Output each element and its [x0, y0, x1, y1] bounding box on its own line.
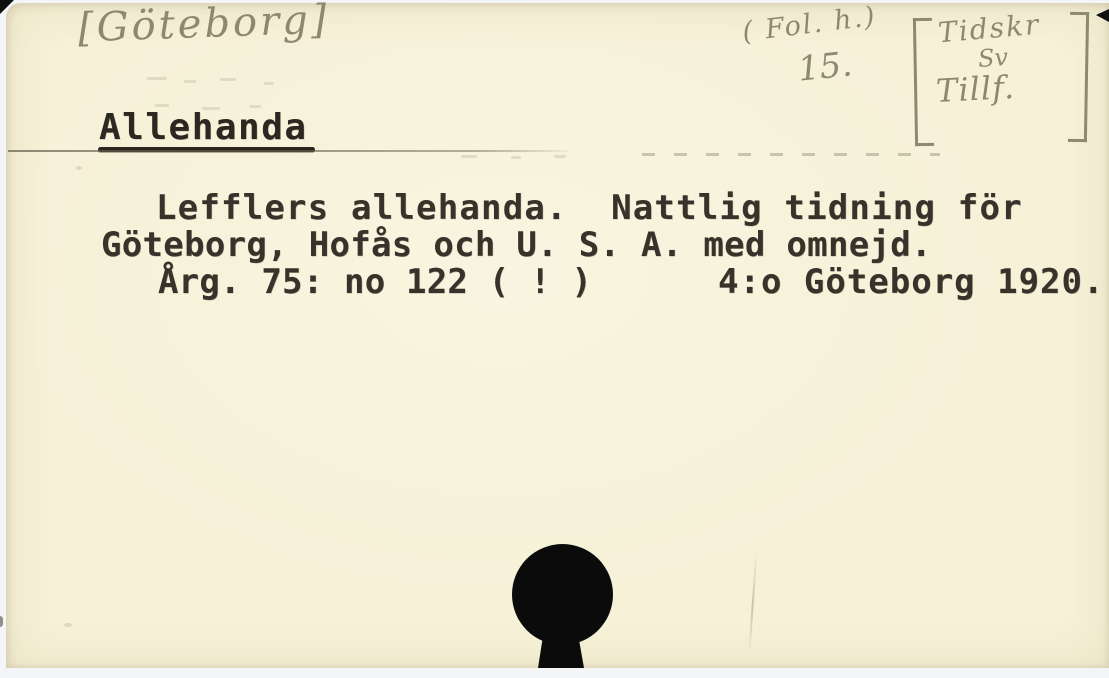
printed-rule-line [8, 150, 568, 152]
right-bracket-stroke [1068, 12, 1089, 142]
ghost-mark [184, 80, 196, 83]
handwritten-number-annotation: 15. [796, 44, 854, 89]
ghost-mark [461, 155, 477, 158]
body-line-3-volume: Årg. 75: no 122 ( ! ) [158, 262, 592, 302]
handwritten-classification-annotation: Tidskr Sv Tillf. [914, 12, 1088, 142]
ghost-mark [554, 155, 566, 158]
ghost-mark [511, 156, 521, 159]
ghost-mark [220, 78, 236, 81]
index-card: [Göteborg] ( Fol. h.) 15. Tidskr Sv Till… [6, 3, 1109, 668]
handwritten-format-annotation: ( Fol. h.) [741, 1, 879, 48]
ghost-mark [147, 77, 167, 80]
body-line-3-imprint: 4:o Göteborg 1920. [718, 262, 1104, 302]
faded-dashed-rule [642, 153, 940, 156]
classification-line: Tidskr [937, 8, 1042, 50]
left-bracket-stroke [913, 18, 934, 146]
body-line-2: Göteborg, Hofås och U. S. A. med omnejd. [101, 225, 932, 265]
card-crease [749, 553, 758, 648]
scan-edge-artifact [0, 616, 3, 627]
classification-line: Tillf. [935, 68, 1016, 110]
card-heading-title: Allehanda [99, 107, 308, 148]
scan-corner-artifact [0, 0, 14, 14]
body-line-1: Lefflers allehanda. Nattlig tidning för [156, 188, 1023, 228]
catalog-card-scan: [Göteborg] ( Fol. h.) 15. Tidskr Sv Till… [0, 0, 1109, 678]
smudge-mark [76, 166, 82, 170]
smudge-mark [64, 623, 72, 627]
handwritten-place-annotation: [Göteborg] [77, 0, 330, 51]
ghost-mark [264, 82, 274, 85]
scan-corner-artifact [1096, 9, 1109, 22]
